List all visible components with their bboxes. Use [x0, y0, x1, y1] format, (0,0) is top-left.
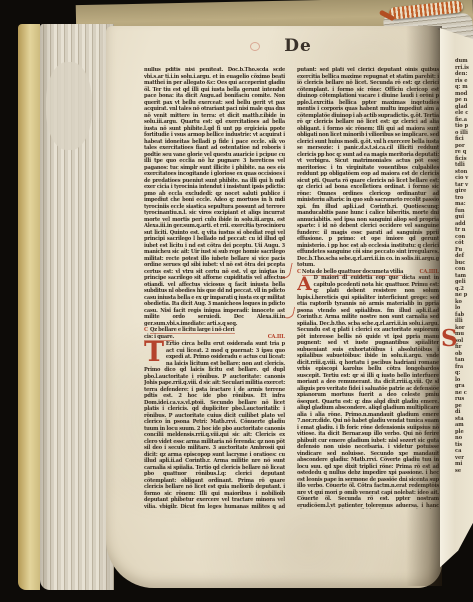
- pilcrow-mark: C: [297, 269, 301, 275]
- left-text-column: nullus pditis nisi peniteat. Doc.b.Tho.s…: [144, 67, 285, 509]
- lombard-initial-t: T: [144, 342, 164, 363]
- recto-page: De nullus pditis nisi peniteat. Doc.b.Th…: [106, 26, 442, 588]
- running-head-text: De: [284, 36, 312, 56]
- text-fragment: se: [455, 468, 473, 475]
- left-rubric-text-2: cis: i quare.: [144, 334, 174, 342]
- torn-paper-patch: [46, 62, 92, 150]
- facing-page-sliver: dumrri.isden:ris eq: mmodpe ngladele cfi…: [440, 28, 473, 584]
- facing-text-fragments: dumrri.isden:ris eq: mmodpe ngladele cfi…: [455, 58, 473, 544]
- lombard-initial-a: A: [297, 276, 312, 292]
- left-rubric-line-2: cis: i quare. CA.III.: [144, 334, 285, 342]
- pilcrow-mark: C: [144, 327, 148, 333]
- book-photo: De nullus pditis nisi peniteat. Doc.b.Th…: [0, 0, 473, 602]
- lombard-initial-s: S: [441, 328, 458, 350]
- gutter-shadow: [406, 26, 442, 586]
- faint-red-mark: [250, 42, 260, 51]
- cover-board-edge: [18, 24, 40, 590]
- running-head: De: [266, 36, 330, 56]
- left-paragraph-1: nullus pditis nisi peniteat. Doc.b.Tho.s…: [144, 67, 285, 327]
- chapter-label-ca-iii: CA.III.: [268, 334, 285, 342]
- left-paragraph-2-text: Ertio circa bellu erut osiderada sunt tr…: [144, 341, 285, 509]
- left-paragraph-2: TErtio circa bellu erut osiderada sunt t…: [144, 341, 285, 509]
- fore-edge-block: [18, 24, 114, 590]
